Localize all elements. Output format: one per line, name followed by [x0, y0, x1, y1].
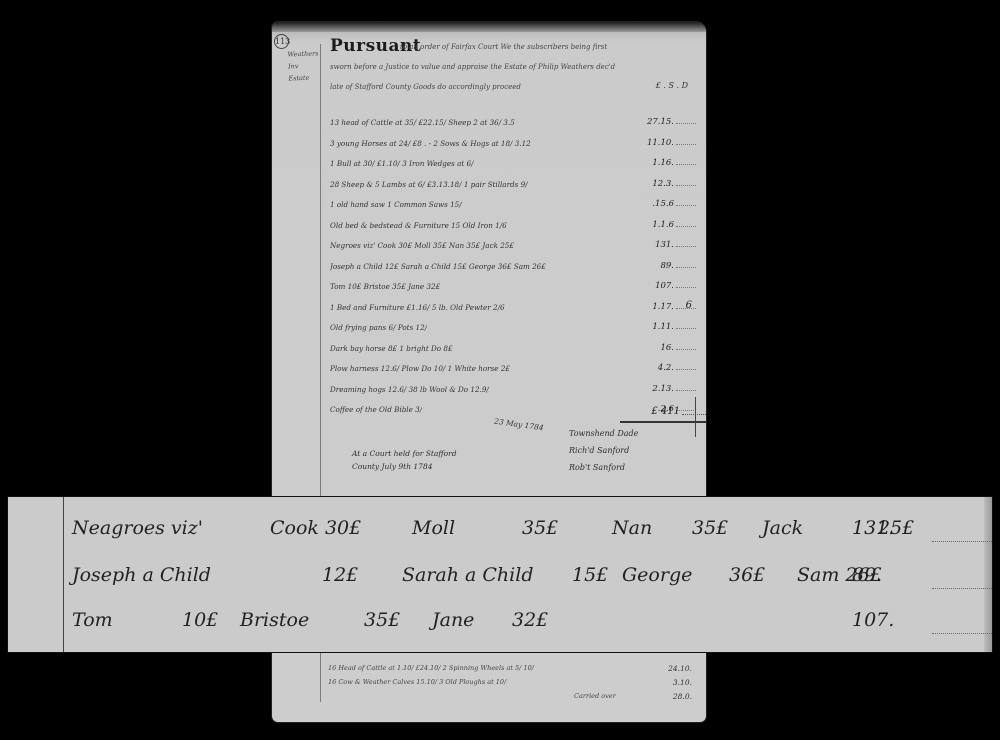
- lower-line-amount: 28.0.: [673, 692, 692, 701]
- dotted-leader: [676, 246, 696, 247]
- inventory-row: 1 Bed and Furniture £1.16/ 5 lb. Old Pew…: [324, 300, 696, 321]
- item-description: Tom 10£ Bristoe 35£ Jane 32£: [330, 282, 440, 291]
- margin-note-line: Weathers: [287, 47, 317, 60]
- inventory-total: £ 411: [651, 406, 680, 417]
- dotted-leader: [676, 349, 696, 350]
- currency-header: £ . S . D: [656, 81, 688, 90]
- dotted-leader: [676, 390, 696, 391]
- strip-entry: 35£: [692, 517, 728, 539]
- item-amount: 1.1.6: [652, 220, 674, 230]
- item-amount: 2.13.: [652, 384, 674, 394]
- inventory-row: Dreaming hogs 12.6/ 38 lb Wool & Do 12.9…: [324, 382, 696, 403]
- inventory-row: Dark bay horse 8£ 1 bright Do 8£16.: [324, 341, 696, 362]
- signature: Townshend Dade: [569, 425, 638, 442]
- item-description: Dreaming hogs 12.6/ 38 lb Wool & Do 12.9…: [330, 385, 489, 394]
- strip-entry: Tom: [72, 609, 113, 631]
- court-note-line: County July 9th 1784: [352, 460, 457, 473]
- item-amount: 11.10.: [647, 138, 674, 148]
- enlarged-detail-strip: Neagroes viz'Cook 30£Moll35£Nan35£Jack25…: [8, 497, 992, 652]
- inventory-rows: 13 head of Cattle at 35/ £22.15/ Sheep 2…: [324, 115, 696, 423]
- folio-number: 113: [274, 34, 289, 49]
- dotted-leader: [676, 226, 696, 227]
- court-note: At a Court held for Stafford County July…: [352, 447, 457, 473]
- dotted-leader: [676, 123, 696, 124]
- item-description: 13 head of Cattle at 35/ £22.15/ Sheep 2…: [330, 118, 515, 127]
- lower-line-text: 16 Head of Cattle at 1.10/ £24.10/ 2 Spi…: [328, 664, 534, 672]
- page-top-shadow: [272, 22, 706, 32]
- item-amount: 131.: [655, 240, 674, 250]
- inventory-row: 28 Sheep & 5 Lambs at 6/ £3.13.18/ 1 pai…: [324, 177, 696, 198]
- preamble-line: to an order of Fairfax Court We the subs…: [400, 43, 607, 51]
- strip-entry: Cook 30£: [270, 517, 361, 539]
- strip-entry: 32£: [512, 609, 548, 631]
- item-amount: 107.: [655, 281, 674, 291]
- item-amount: .15.6: [652, 199, 674, 209]
- strip-entry: Neagroes viz': [72, 517, 203, 539]
- lower-line: 16 Head of Cattle at 1.10/ £24.10/ 2 Spi…: [324, 664, 704, 678]
- strip-page-edge: [984, 497, 992, 652]
- item-amount: 16.: [660, 343, 674, 353]
- item-amount: 1.17.: [652, 302, 674, 312]
- inventory-row: Plow harness 12.6/ Plow Do 10/ 1 White h…: [324, 361, 696, 382]
- strip-row: Neagroes viz'Cook 30£Moll35£Nan35£Jack25…: [72, 517, 972, 553]
- strip-margin-rule: [63, 497, 64, 652]
- total-dotted-rule: [682, 414, 706, 415]
- preamble-line: sworn before a Justice to value and appr…: [330, 63, 615, 71]
- strip-entry: 15£: [572, 564, 608, 586]
- lower-line: 16 Cow & Weather Calves 15.10/ 3 Old Plo…: [324, 678, 704, 692]
- preamble-line: late of Stafford County Goods do accordi…: [330, 83, 521, 91]
- lower-continuation: 16 Head of Cattle at 1.10/ £24.10/ 2 Spi…: [324, 664, 704, 706]
- inventory-row: Joseph a Child 12£ Sarah a Child 15£ Geo…: [324, 259, 696, 280]
- strip-entry: Moll: [412, 517, 455, 539]
- court-note-line: At a Court held for Stafford: [352, 447, 457, 460]
- strip-row: Joseph a Child12£Sarah a Child15£George3…: [72, 564, 972, 600]
- dotted-leader: [932, 588, 992, 589]
- dotted-leader: [676, 144, 696, 145]
- strip-entry: George: [622, 564, 692, 586]
- inventory-row: 13 head of Cattle at 35/ £22.15/ Sheep 2…: [324, 115, 696, 136]
- dotted-leader: [676, 328, 696, 329]
- item-description: 28 Sheep & 5 Lambs at 6/ £3.13.18/ 1 pai…: [330, 180, 528, 189]
- dotted-leader: [932, 541, 992, 542]
- item-amount: 12.3.: [652, 179, 674, 189]
- strip-row-total: 131.: [852, 517, 894, 539]
- inventory-row: 1 Bull at 30/ £1.10/ 3 Iron Wedges at 6/…: [324, 156, 696, 177]
- item-description: Old bed & bedstead & Furniture 15 Old Ir…: [330, 221, 507, 230]
- margin-note-line: Inv: [288, 59, 318, 72]
- strip-entry: Jack: [762, 517, 803, 539]
- lower-line-amount: 3.10.: [673, 678, 692, 687]
- item-amount: 27.15.: [647, 117, 674, 127]
- lower-line: Carried over 28.0.: [324, 692, 704, 706]
- strip-entry: Nan: [612, 517, 652, 539]
- lower-line-text: Carried over: [574, 692, 616, 700]
- strip-entry: Sarah a Child: [402, 564, 534, 586]
- item-description: 1 old hand saw 1 Common Saws 15/: [330, 200, 462, 209]
- strip-entry: 35£: [522, 517, 558, 539]
- item-description: 1 Bed and Furniture £1.16/ 5 lb. Old Pew…: [330, 303, 505, 312]
- inventory-row: 3 young Horses at 24/ £8 . - 2 Sows & Ho…: [324, 136, 696, 157]
- signature: Rob't Sanford: [569, 459, 638, 476]
- item-amount: 4.2.: [658, 363, 674, 373]
- inventory-row: Tom 10£ Bristoe 35£ Jane 32£107.: [324, 279, 696, 300]
- item-description: Coffee of the Old Bible 3/: [330, 405, 422, 414]
- dotted-leader: [676, 369, 696, 370]
- strip-row: Tom10£Bristoe35£Jane32£107.: [72, 609, 972, 645]
- item-description: Negroes viz' Cook 30£ Moll 35£ Nan 35£ J…: [330, 241, 514, 250]
- item-description: Old frying pans 6/ Pots 12/: [330, 323, 427, 332]
- margin-note: Weathers Inv Estate: [287, 47, 318, 84]
- item-description: Joseph a Child 12£ Sarah a Child 15£ Geo…: [330, 262, 546, 271]
- strip-entry: Jane: [432, 609, 474, 631]
- dotted-leader: [932, 633, 992, 634]
- item-description: Plow harness 12.6/ Plow Do 10/ 1 White h…: [330, 364, 510, 373]
- strip-entry: 10£: [182, 609, 218, 631]
- dotted-leader: [676, 267, 696, 268]
- strip-entry: 35£: [364, 609, 400, 631]
- strip-entry: Joseph a Child: [72, 564, 211, 586]
- strip-entry: 12£: [322, 564, 358, 586]
- item-amount: 89.: [660, 261, 674, 271]
- signature: Rich'd Sanford: [569, 442, 638, 459]
- strip-entry: 36£: [729, 564, 765, 586]
- item-amount: 1.16.: [652, 158, 674, 168]
- margin-note-line: Estate: [288, 71, 318, 84]
- lower-line-amount: 24.10.: [668, 664, 692, 673]
- dotted-leader: [676, 287, 696, 288]
- inventory-row: Negroes viz' Cook 30£ Moll 35£ Nan 35£ J…: [324, 238, 696, 259]
- signatures: Townshend Dade Rich'd Sanford Rob't Sanf…: [569, 425, 638, 476]
- strip-row-total: 89.: [852, 564, 882, 586]
- inventory-row: Old frying pans 6/ Pots 12/1.11.: [324, 320, 696, 341]
- strip-row-total: 107.: [852, 609, 894, 631]
- dotted-leader: [676, 185, 696, 186]
- right-rule: [695, 397, 696, 437]
- item-description: Dark bay horse 8£ 1 bright Do 8£: [330, 344, 453, 353]
- total-underline: [620, 421, 706, 423]
- strip-entry: Bristoe: [240, 609, 309, 631]
- item-description: 3 young Horses at 24/ £8 . - 2 Sows & Ho…: [330, 139, 531, 148]
- dotted-leader: [676, 164, 696, 165]
- inventory-row: Old bed & bedstead & Furniture 15 Old Ir…: [324, 218, 696, 239]
- item-amount: 1.11.: [652, 322, 674, 332]
- dotted-leader: [676, 205, 696, 206]
- item-pence: 6: [686, 300, 692, 311]
- inventory-row: 1 old hand saw 1 Common Saws 15/.15.6: [324, 197, 696, 218]
- lower-line-text: 16 Cow & Weather Calves 15.10/ 3 Old Plo…: [328, 678, 506, 686]
- item-description: 1 Bull at 30/ £1.10/ 3 Iron Wedges at 6/: [330, 159, 474, 168]
